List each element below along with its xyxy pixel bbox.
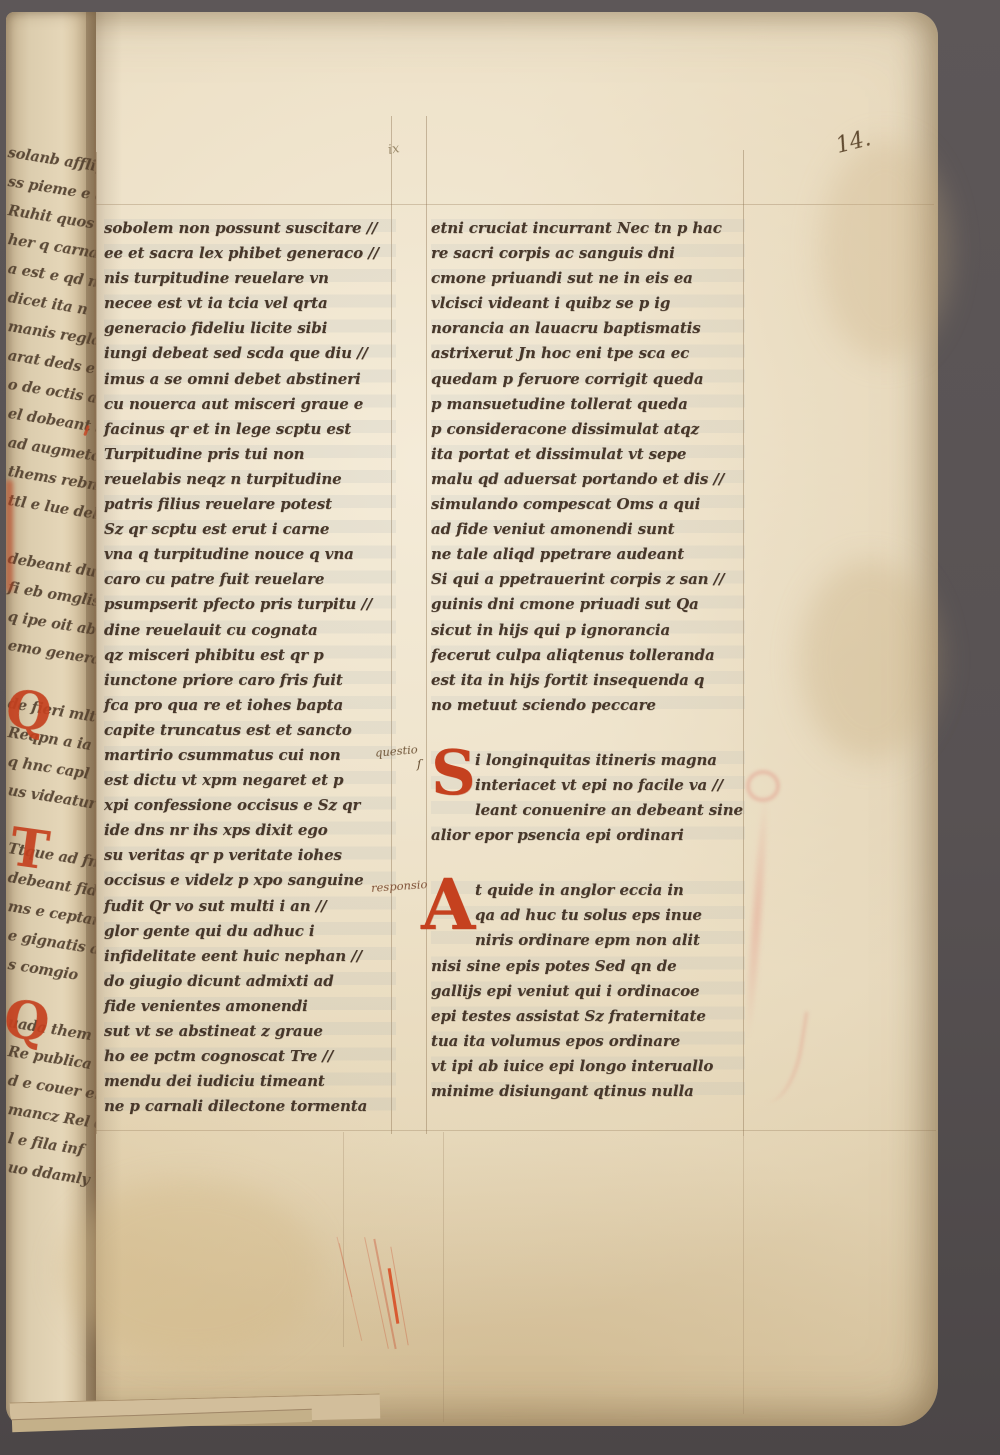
responsio-vi-block: A t quide in anglor eccia inqa ad huc tu… (431, 878, 745, 1104)
parchment-stain (800, 560, 940, 760)
spine-rubric-initial: Q (6, 995, 52, 1049)
quire-mark: ix (387, 141, 401, 158)
text-line: nis turpitudine reuelare vn (104, 266, 396, 291)
parchment-stain (820, 140, 950, 360)
responsio-v-block: etni cruciat incurrant Nec tn p hacre sa… (431, 216, 745, 718)
text-line: ne tale aliqd ppetrare audeant (431, 542, 745, 567)
text-line: quedam p feruore corrigit queda (431, 367, 745, 392)
text-line: sicut in hijs qui p ignorancia (431, 618, 745, 643)
text-line: p consideracone dissimulat atqz (431, 417, 745, 442)
text-line: ho ee pctm cognoscat Tre // (104, 1044, 396, 1069)
ruling-horizontal-top (96, 204, 934, 205)
text-line: ide dns nr ihs xps dixit ego (104, 818, 396, 843)
ruling-vertical-center-2 (426, 116, 427, 1134)
text-line: occisus e videlz p xpo sanguine (104, 868, 396, 893)
previous-page-edge: solanb affligiass pieme e q pRuhit quos … (6, 12, 96, 1426)
text-line: minime disiungant qtinus nulla (431, 1079, 745, 1104)
text-line: est ita in hijs fortit insequenda q (431, 668, 745, 693)
text-line: re sacri corpis ac sanguis dni (431, 241, 745, 266)
text-line: epi testes assistat Sz fraternitate (431, 1004, 745, 1029)
text-line: Turpitudine pris tui non (104, 442, 396, 467)
text-line: cmone priuandi sut ne in eis ea (431, 266, 745, 291)
text-line: do giugio dicunt admixti ad (104, 969, 396, 994)
text-line: vna q turpitudine nouce q vna (104, 542, 396, 567)
text-line: infidelitate eent huic nephan // (104, 944, 396, 969)
text-line: est dictu vt xpm negaret et p (104, 768, 396, 793)
text-line: interiacet vt epi no facile va // (431, 773, 745, 798)
manuscript-photo: solanb affligiass pieme e q pRuhit quos … (0, 0, 1000, 1455)
text-line: malu qd aduersat portando et dis // (431, 467, 745, 492)
text-line: mendu dei iudiciu timeant (104, 1069, 396, 1094)
text-line: Sz qr scptu est erut i carne (104, 517, 396, 542)
text-line: ad fide veniut amonendi sunt (431, 517, 745, 542)
parchment-crease (443, 1132, 444, 1422)
text-line: alior epor psencia epi ordinari (431, 823, 745, 848)
text-line: sut vt se abstineat z graue (104, 1019, 396, 1044)
text-line: su veritas qr p veritate iohes (104, 843, 396, 868)
text-line: capite truncatus est et sancto (104, 718, 396, 743)
text-line: no metuut sciendo peccare (431, 693, 745, 718)
spine-rubric-initial: T (7, 824, 52, 877)
parchment-crease (343, 1132, 344, 1347)
text-line: i longinquitas itineris magna (431, 748, 745, 773)
text-line: vt ipi ab iuice epi longo interuallo (431, 1054, 745, 1079)
text-line: qa ad huc tu solus eps inue (431, 903, 745, 928)
text-line: p mansuetudine tollerat queda (431, 392, 745, 417)
text-column-left: sobolem non possunt suscitare //ee et sa… (104, 216, 396, 1119)
text-line: patris filius reuelare potest (104, 492, 396, 517)
text-line: dine reuelauit cu cognata (104, 618, 396, 643)
text-line: ee et sacra lex phibet generaco // (104, 241, 396, 266)
spine-rubric-initial: Q (6, 685, 54, 739)
text-line: iungi debeat sed scda que diu // (104, 341, 396, 366)
text-line: martirio csummatus cui non (104, 743, 396, 768)
text-line: fudit Qr vo sut multi i an // (104, 894, 396, 919)
text-line: glor gente qui du adhuc i (104, 919, 396, 944)
guide-mark: ſ (417, 757, 421, 771)
text-line: vlcisci videant i quibz se p ig (431, 291, 745, 316)
text-line: astrixerut Jn hoc eni tpe sca ec (431, 341, 745, 366)
text-line: cu nouerca aut misceri graue e (104, 392, 396, 417)
text-line: iunctone priore caro fris fuit (104, 668, 396, 693)
text-line: tua ita volumus epos ordinare (431, 1029, 745, 1054)
text-line: fecerut culpa aliqtenus tolleranda (431, 643, 745, 668)
text-column-right: etni cruciat incurrant Nec tn p hacre sa… (431, 216, 745, 1104)
text-line: xpi confessione occisus e Sz qr (104, 793, 396, 818)
text-line: leant conuenire an debeant sine (431, 798, 745, 823)
text-line: Si qui a ppetrauerint corpis z san // (431, 567, 745, 592)
ruling-horizontal-bottom (96, 1130, 936, 1131)
text-line: qz misceri phibitu est qr p (104, 643, 396, 668)
responsio-lines: t quide in anglor eccia inqa ad huc tu s… (431, 878, 745, 1104)
text-line: imus a se omni debet abstineri (104, 367, 396, 392)
text-line: psumpserit pfecto pris turpitu // (104, 592, 396, 617)
parchment-crease (743, 1136, 744, 1414)
interrogatio-lines: i longinquitas itineris magnainteriacet … (431, 748, 745, 848)
text-line: guinis dni cmone priuadi sut Qa (431, 592, 745, 617)
parchment-stain (60, 1180, 320, 1360)
text-line: niris ordinare epm non alit (431, 928, 745, 953)
text-line: etni cruciat incurrant Nec tn p hac (431, 216, 745, 241)
text-line: facinus qr et in lege scptu est (104, 417, 396, 442)
text-line: reuelabis neqz n turpitudine (104, 467, 396, 492)
text-line: simulando compescat Oms a qui (431, 492, 745, 517)
spine-red-initial-fragment (6, 480, 13, 592)
text-line: nisi sine epis potes Sed qn de (431, 954, 745, 979)
text-line: necee est vt ia tcia vel qrta (104, 291, 396, 316)
interrogatio-vi-block: S i longinquitas itineris magnainteriace… (431, 748, 745, 848)
text-line: fca pro qua re et iohes bapta (104, 693, 396, 718)
text-line: norancia an lauacru baptismatis (431, 316, 745, 341)
text-line: t quide in anglor eccia in (431, 878, 745, 903)
text-line: fide venientes amonendi (104, 994, 396, 1019)
ruling-vertical-left (96, 152, 97, 1134)
text-line: caro cu patre fuit reuelare (104, 567, 396, 592)
text-line: generacio fideliu licite sibi (104, 316, 396, 341)
text-line: ne p carnali dilectone tormenta (104, 1094, 396, 1119)
text-line: ita portat et dissimulat vt sepe (431, 442, 745, 467)
text-line: sobolem non possunt suscitare // (104, 216, 396, 241)
text-line: gallijs epi veniut qui i ordinacoe (431, 979, 745, 1004)
